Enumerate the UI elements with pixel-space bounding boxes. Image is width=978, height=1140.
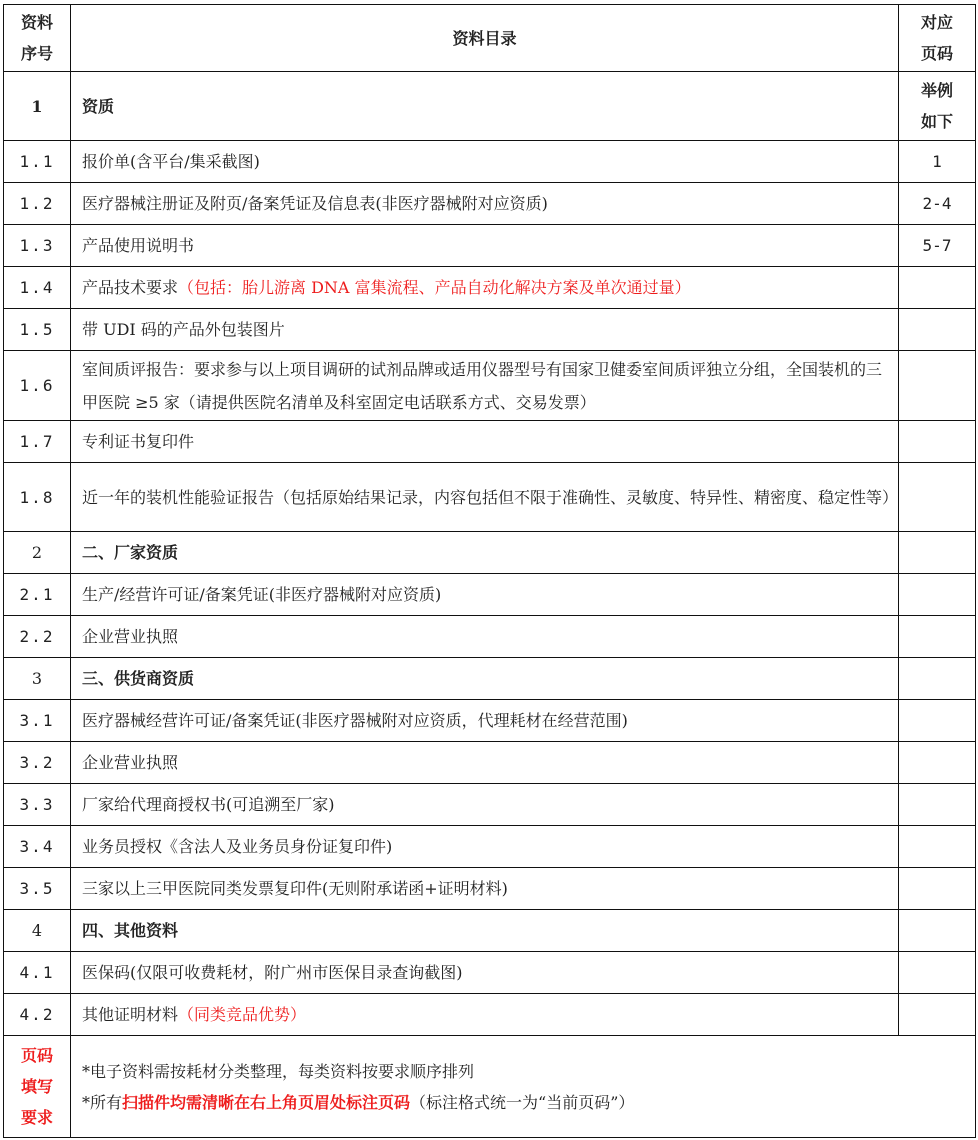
- item-page[interactable]: 1: [899, 141, 976, 183]
- table-row: 1.5 带 UDI 码的产品外包装图片: [4, 309, 976, 351]
- header-row: 资料序号 资料目录 对应页码: [4, 5, 976, 72]
- item-number: 1.4: [4, 267, 71, 309]
- item-number: 1.2: [4, 183, 71, 225]
- section-row: 2 二、厂家资质: [4, 532, 976, 574]
- item-text: 三家以上三甲医院同类发票复印件(无则附承诺函+证明材料): [71, 868, 899, 910]
- item-number: 3.2: [4, 742, 71, 784]
- requirements-row: 页码填写要求 *电子资料需按耗材分类整理，每类资料按要求顺序排列 *所有扫描件均…: [4, 1036, 976, 1138]
- section-title: 资质: [71, 72, 899, 141]
- header-index: 资料序号: [4, 5, 71, 72]
- table-row: 1.2 医疗器械注册证及附页/备案凭证及信息表(非医疗器械附对应资质) 2-4: [4, 183, 976, 225]
- section-page[interactable]: [899, 532, 976, 574]
- item-number: 1.8: [4, 463, 71, 532]
- item-text: 报价单(含平台/集采截图): [71, 141, 899, 183]
- item-text: 产品使用说明书: [71, 225, 899, 267]
- table-row: 3.2 企业营业执照: [4, 742, 976, 784]
- document-catalog-table: 资料序号 资料目录 对应页码 1 资质 举例如下 1.1 报价单(含平台/集采截…: [3, 4, 976, 1138]
- requirement-line-2: *所有扫描件均需清晰在右上角页眉处标注页码（标注格式统一为“当前页码”）: [82, 1087, 975, 1118]
- item-text: 医疗器械注册证及附页/备案凭证及信息表(非医疗器械附对应资质): [71, 183, 899, 225]
- item-page[interactable]: [899, 868, 976, 910]
- table-row: 4.2 其他证明材料（同类竞品优势）: [4, 994, 976, 1036]
- section-page[interactable]: [899, 910, 976, 952]
- item-number: 3.5: [4, 868, 71, 910]
- item-text: 业务员授权《含法人及业务员身份证复印件): [71, 826, 899, 868]
- item-number: 3.4: [4, 826, 71, 868]
- item-text: 医保码(仅限可收费耗材，附广州市医保目录查询截图): [71, 952, 899, 994]
- requirements-notes: *电子资料需按耗材分类整理，每类资料按要求顺序排列 *所有扫描件均需清晰在右上角…: [71, 1036, 976, 1138]
- section-title: 四、其他资料: [71, 910, 899, 952]
- requirement-line-1: *电子资料需按耗材分类整理，每类资料按要求顺序排列: [82, 1056, 975, 1087]
- table-row: 3.3 厂家给代理商授权书(可追溯至厂家): [4, 784, 976, 826]
- item-number: 1.1: [4, 141, 71, 183]
- item-page[interactable]: 2-4: [899, 183, 976, 225]
- table-row: 3.4 业务员授权《含法人及业务员身份证复印件): [4, 826, 976, 868]
- section-row: 1 资质 举例如下: [4, 72, 976, 141]
- section-row: 4 四、其他资料: [4, 910, 976, 952]
- header-page: 对应页码: [899, 5, 976, 72]
- item-page[interactable]: [899, 700, 976, 742]
- item-page[interactable]: [899, 616, 976, 658]
- table-row: 2.2 企业营业执照: [4, 616, 976, 658]
- item-page[interactable]: [899, 826, 976, 868]
- section-number: 3: [4, 658, 71, 700]
- table-row: 2.1 生产/经营许可证/备案凭证(非医疗器械附对应资质): [4, 574, 976, 616]
- item-text: 室间质评报告：要求参与以上项目调研的试剂品牌或适用仪器型号有国家卫健委室间质评独…: [71, 351, 899, 421]
- item-text: 企业营业执照: [71, 616, 899, 658]
- item-number: 2.2: [4, 616, 71, 658]
- item-number: 3.1: [4, 700, 71, 742]
- table-row: 1.4 产品技术要求（包括：胎儿游离 DNA 富集流程、产品自动化解决方案及单次…: [4, 267, 976, 309]
- section-page[interactable]: [899, 658, 976, 700]
- item-text: 厂家给代理商授权书(可追溯至厂家): [71, 784, 899, 826]
- table-row: 1.8 近一年的装机性能验证报告（包括原始结果记录，内容包括但不限于准确性、灵敏…: [4, 463, 976, 532]
- item-text: 医疗器械经营许可证/备案凭证(非医疗器械附对应资质，代理耗材在经营范围): [71, 700, 899, 742]
- item-number: 4.1: [4, 952, 71, 994]
- item-text: 近一年的装机性能验证报告（包括原始结果记录，内容包括但不限于准确性、灵敏度、特异…: [71, 463, 899, 532]
- item-page[interactable]: [899, 267, 976, 309]
- table-row: 1.7 专利证书复印件: [4, 421, 976, 463]
- item-text: 生产/经营许可证/备案凭证(非医疗器械附对应资质): [71, 574, 899, 616]
- item-text: 其他证明材料: [82, 1005, 178, 1024]
- item-page[interactable]: [899, 421, 976, 463]
- item-red-note: （包括：胎儿游离 DNA 富集流程、产品自动化解决方案及单次通过量）: [178, 278, 691, 297]
- item-number: 3.3: [4, 784, 71, 826]
- item-number: 1.6: [4, 351, 71, 421]
- section-number: 2: [4, 532, 71, 574]
- item-number: 2.1: [4, 574, 71, 616]
- item-number: 1.5: [4, 309, 71, 351]
- item-page[interactable]: [899, 742, 976, 784]
- item-text: 企业营业执照: [71, 742, 899, 784]
- item-page[interactable]: [899, 952, 976, 994]
- section-title: 三、供货商资质: [71, 658, 899, 700]
- item-page[interactable]: [899, 994, 976, 1036]
- table-row: 3.1 医疗器械经营许可证/备案凭证(非医疗器械附对应资质，代理耗材在经营范围): [4, 700, 976, 742]
- requirements-label: 页码填写要求: [4, 1036, 71, 1138]
- item-text-cell: 其他证明材料（同类竞品优势）: [71, 994, 899, 1036]
- section-title: 二、厂家资质: [71, 532, 899, 574]
- header-catalog: 资料目录: [71, 5, 899, 72]
- item-page[interactable]: [899, 309, 976, 351]
- item-text: 专利证书复印件: [71, 421, 899, 463]
- item-red-note: （同类竞品优势）: [178, 1005, 306, 1024]
- section-page-note: 举例如下: [899, 72, 976, 141]
- table-row: 1.6 室间质评报告：要求参与以上项目调研的试剂品牌或适用仪器型号有国家卫健委室…: [4, 351, 976, 421]
- table-row: 3.5 三家以上三甲医院同类发票复印件(无则附承诺函+证明材料): [4, 868, 976, 910]
- item-text-cell: 产品技术要求（包括：胎儿游离 DNA 富集流程、产品自动化解决方案及单次通过量）: [71, 267, 899, 309]
- item-page[interactable]: [899, 784, 976, 826]
- item-text: 产品技术要求: [82, 278, 178, 297]
- item-page[interactable]: [899, 574, 976, 616]
- item-number: 1.3: [4, 225, 71, 267]
- table-row: 4.1 医保码(仅限可收费耗材，附广州市医保目录查询截图): [4, 952, 976, 994]
- section-number: 1: [4, 72, 71, 141]
- table-row: 1.3 产品使用说明书 5-7: [4, 225, 976, 267]
- section-row: 3 三、供货商资质: [4, 658, 976, 700]
- item-number: 1.7: [4, 421, 71, 463]
- item-page[interactable]: [899, 463, 976, 532]
- section-number: 4: [4, 910, 71, 952]
- item-page[interactable]: 5-7: [899, 225, 976, 267]
- table-row: 1.1 报价单(含平台/集采截图) 1: [4, 141, 976, 183]
- item-number: 4.2: [4, 994, 71, 1036]
- item-page[interactable]: [899, 351, 976, 421]
- requirement-emphasis: 扫描件均需清晰在右上角页眉处标注页码: [122, 1093, 410, 1112]
- item-text: 带 UDI 码的产品外包装图片: [71, 309, 899, 351]
